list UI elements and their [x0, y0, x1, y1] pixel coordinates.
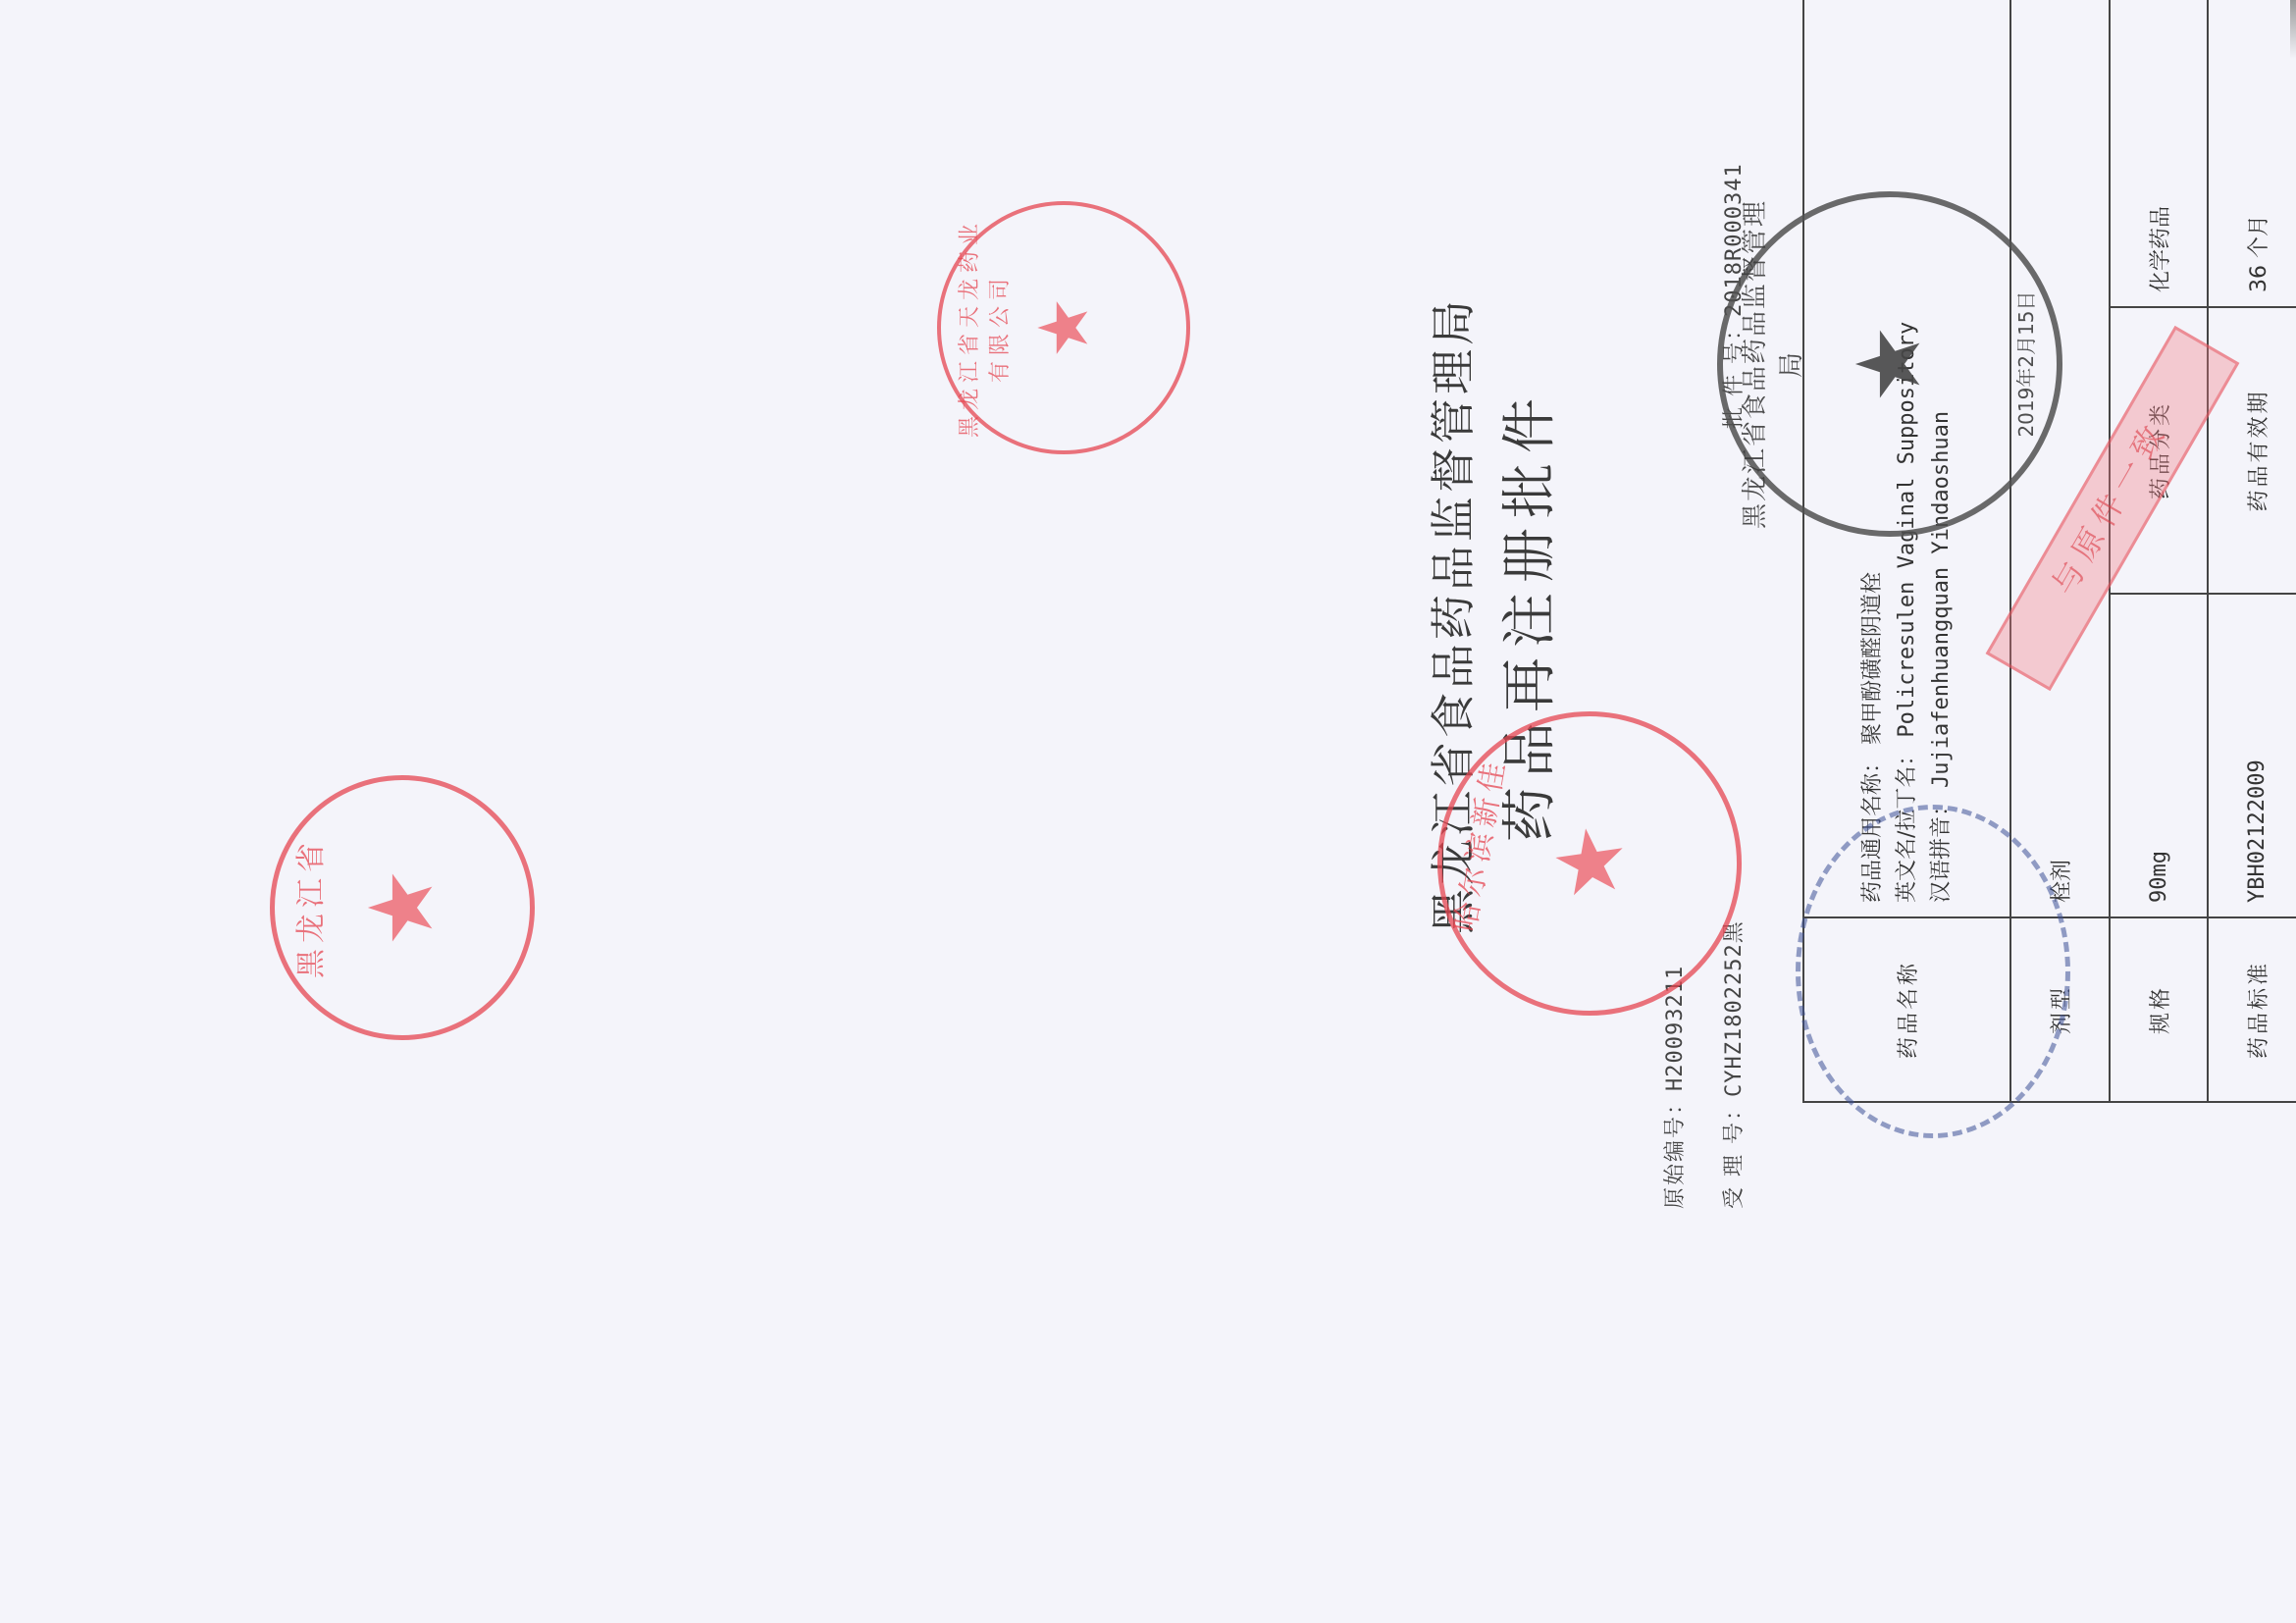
original-number-label: 原始编号：	[1663, 1091, 1688, 1209]
shelf-life-label: 药品有效期	[2208, 307, 2296, 594]
specification-value: 90mg	[2110, 594, 2209, 917]
original-number-value: H20093211	[1663, 966, 1688, 1091]
document-title: 药品再注册批件	[1487, 0, 1565, 1302]
left-red-seal: ★ 黑龙江省	[270, 775, 535, 1040]
pinyin-name-value: Jujiafenhuangquan Yindaoshuan	[1929, 411, 1954, 788]
pinyin-name-label: 汉语拼音：	[1929, 795, 1954, 903]
star-icon: ★	[1029, 297, 1098, 359]
english-name-label: 英文名/拉丁名：	[1895, 745, 1919, 903]
standard-label: 药品标准	[2208, 917, 2296, 1102]
star-icon: ★	[358, 868, 446, 948]
document-page: 黑龙江省食品药品监督管理局 药品再注册批件 原始编号：H20093211 受 理…	[1246, 0, 2296, 1302]
dosage-form-label: 剂型	[2010, 917, 2110, 1102]
standard-value: YBH02122009	[2208, 594, 2296, 917]
approval-document-number-value: 2018R000341	[1722, 163, 1747, 317]
row-drug-name: 药品名称 药品通用名称： 聚甲酚磺醛阴道栓 英文名/拉丁名： Policresu…	[1803, 0, 2010, 1102]
left-seal-text: 黑龙江省	[287, 780, 330, 1035]
approval-document-number: 批 件 号：2018R000341	[1717, 163, 1748, 429]
issuing-agency: 黑龙江省食品药品监督管理局	[1418, 0, 1483, 1302]
company-red-seal: ★ 黑龙江省天龙药业有限公司	[937, 201, 1190, 454]
generic-name-label: 药品通用名称：	[1860, 752, 1885, 903]
acceptance-number-label: 受 理 号：	[1722, 1097, 1747, 1209]
drug-name-cell: 药品通用名称： 聚甲酚磺醛阴道栓 英文名/拉丁名： Policresulen V…	[1803, 0, 2010, 917]
generic-name-value: 聚甲酚磺醛阴道栓	[1860, 572, 1885, 745]
acceptance-number-value: CYHZ1802252黑	[1722, 920, 1747, 1097]
drug-name-label: 药品名称	[1803, 917, 2010, 1102]
acceptance-number: 受 理 号：CYHZ1802252黑	[1717, 920, 1748, 1209]
specification-label: 规格	[2110, 917, 2209, 1102]
company-seal-text: 黑龙江省天龙药业有限公司	[953, 205, 1014, 450]
category-value: 化学药品	[2110, 0, 2209, 307]
dosage-form-value: 栓剂	[2010, 0, 2110, 917]
english-name-value: Policresulen Vaginal Suppository	[1895, 322, 1919, 738]
approval-document-number-label: 批 件 号：	[1722, 317, 1747, 429]
row-standard-shelf-life: 药品标准 YBH02122009 药品有效期 36 个月	[2208, 0, 2296, 1102]
original-number: 原始编号：H20093211	[1658, 966, 1689, 1209]
shelf-life-value: 36 个月	[2208, 0, 2296, 307]
